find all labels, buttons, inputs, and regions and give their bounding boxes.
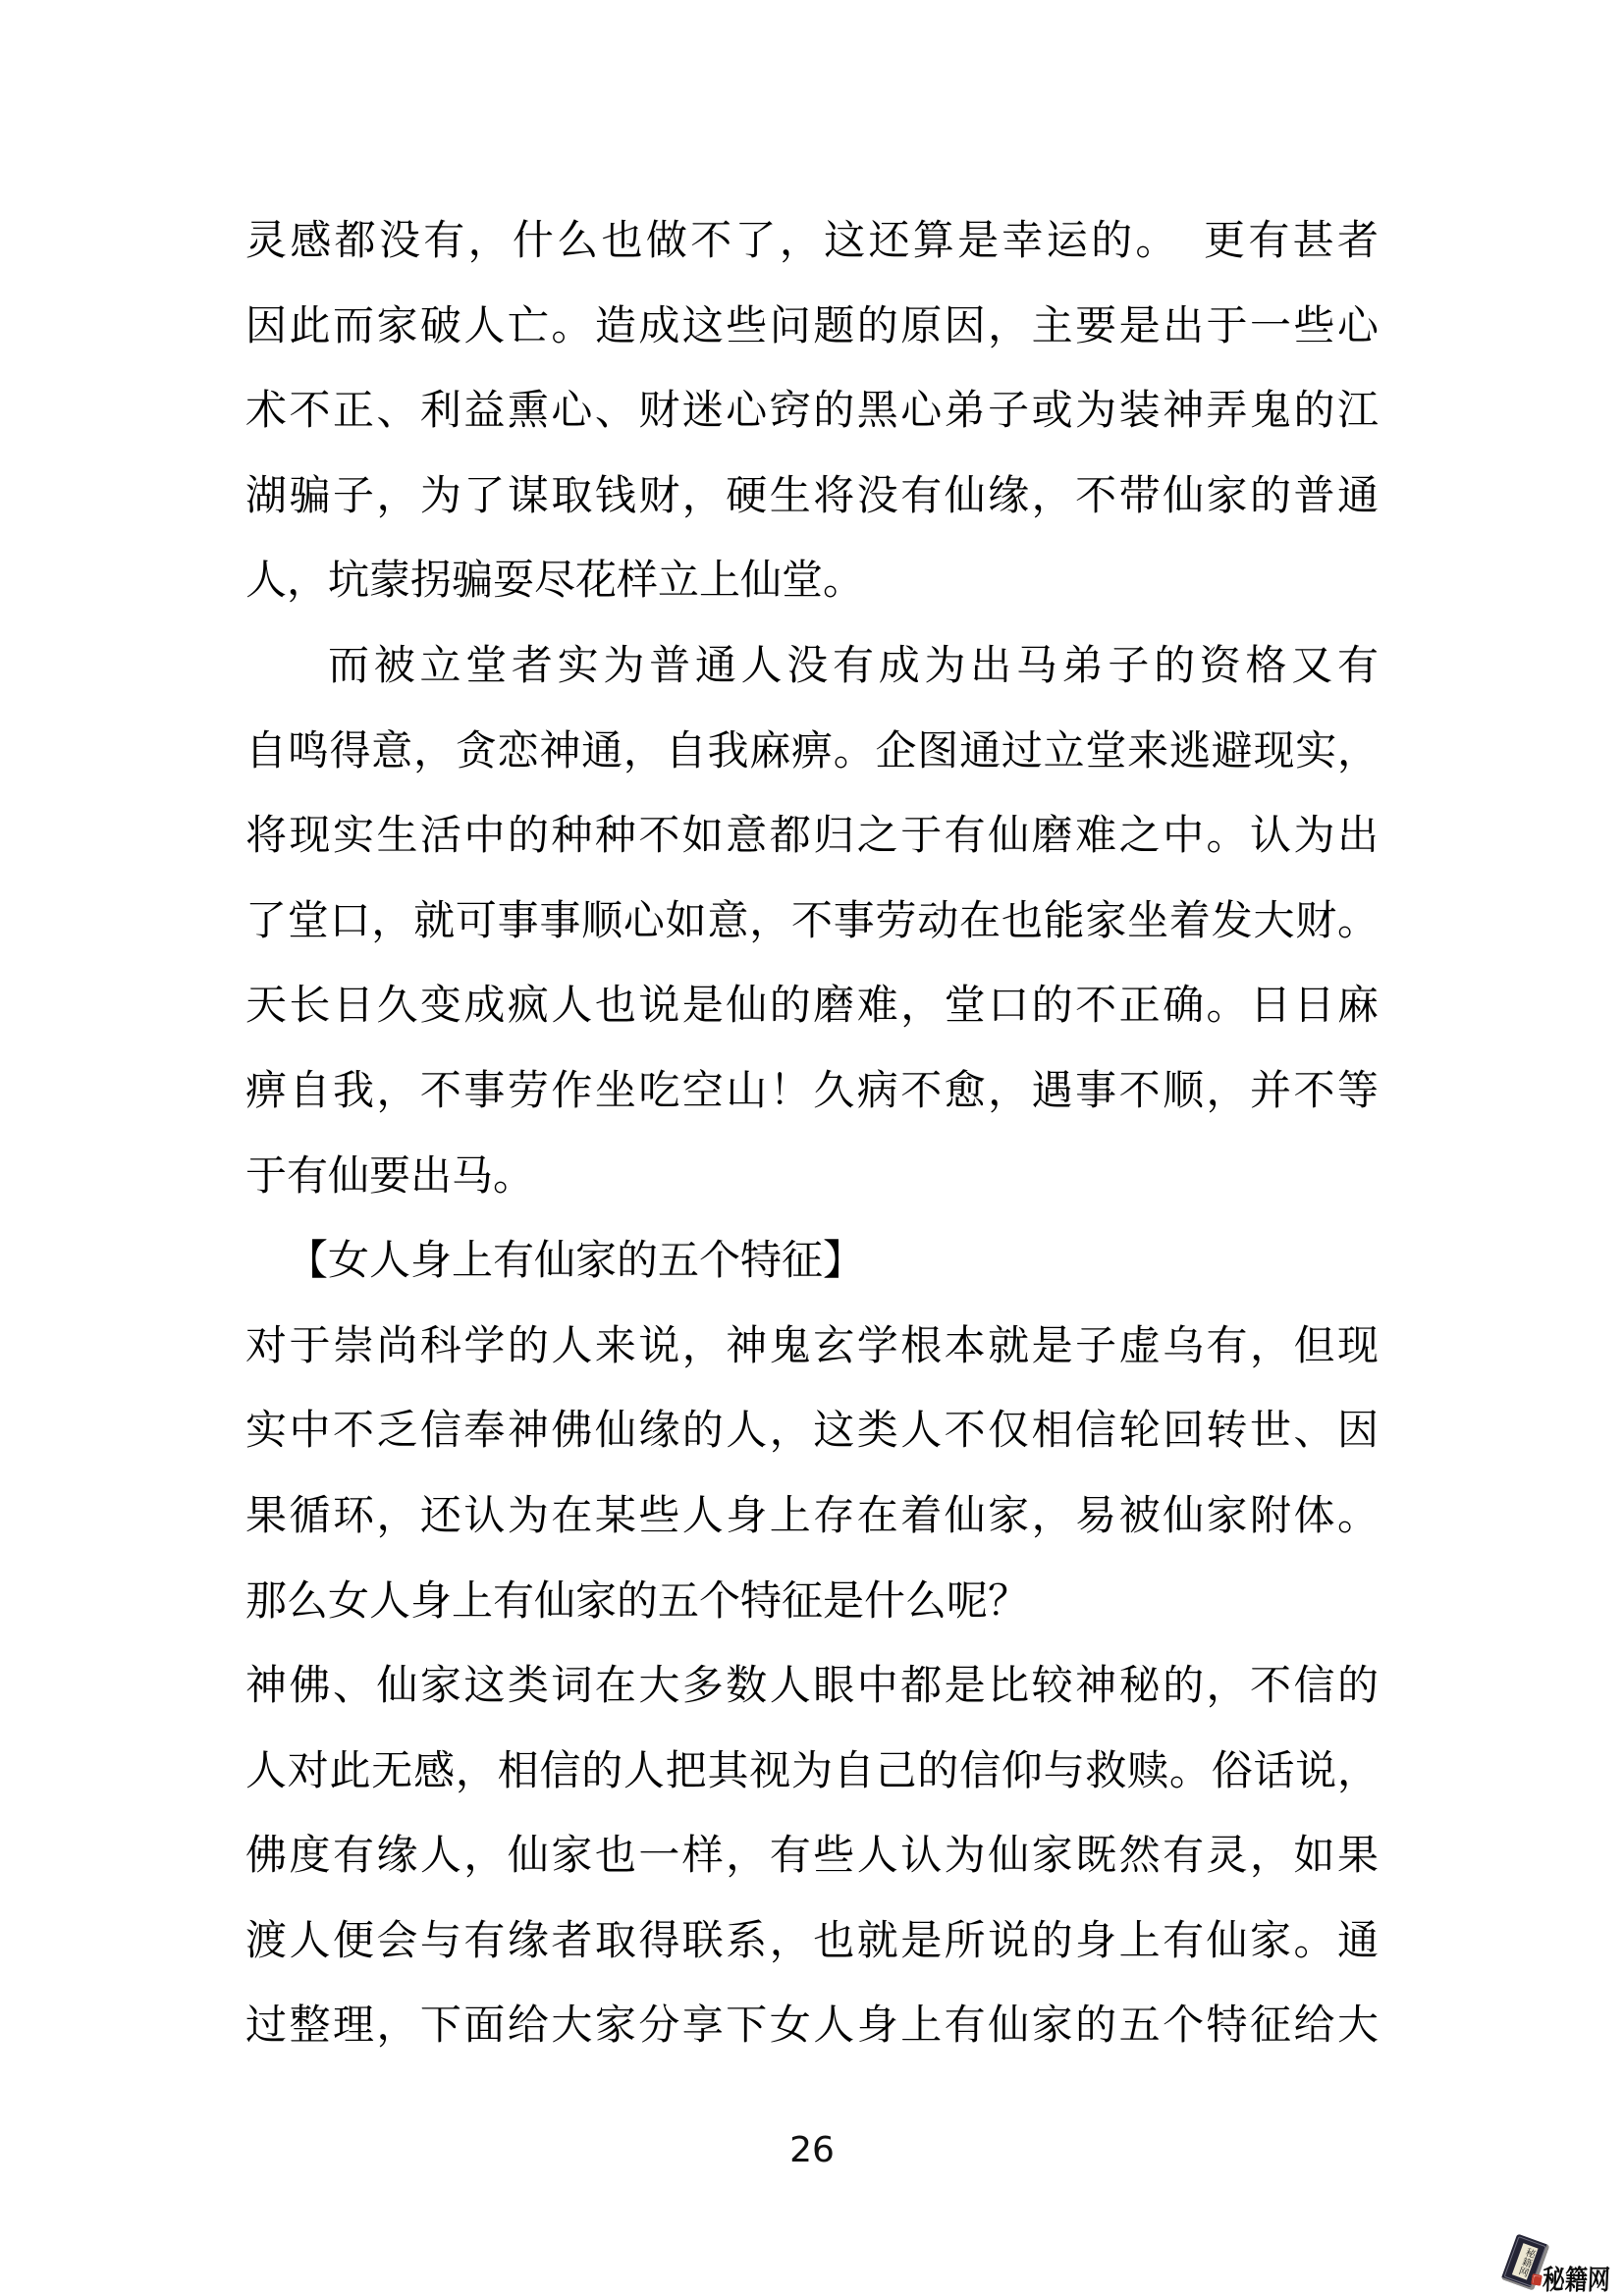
document-page: 灵感都没有，什么也做不了，这还算是幸运的。 更有甚者因此而家破人亡。造成这些问题…: [0, 0, 1624, 2296]
text-line: 湖骗子，为了谋取钱财，硬生将没有仙缘，不带仙家的普通: [245, 454, 1379, 540]
text-line: 灵感都没有，什么也做不了，这还算是幸运的。 更有甚者: [245, 199, 1379, 285]
text-line: 渡人便会与有缘者取得联系，也就是所说的身上有仙家。通: [245, 1899, 1379, 1985]
text-line: 痹自我，不事劳作坐吃空山！久病不愈，遇事不顺，并不等: [245, 1049, 1379, 1135]
seal-icon: [1531, 2273, 1543, 2286]
text-line: 对于崇尚科学的人来说，神鬼玄学根本就是子虚乌有，但现: [245, 1305, 1379, 1390]
text-line: 实中不乏信奉神佛仙缘的人，这类人不仅相信轮回转世、因: [245, 1389, 1379, 1474]
text-line: 果循环，还认为在某些人身上存在着仙家，易被仙家附体。: [245, 1474, 1379, 1560]
text-line: 于有仙要出马。: [245, 1135, 1379, 1220]
text-line: 将现实生活中的种种不如意都归之于有仙磨难之中。认为出: [245, 794, 1379, 880]
text-line: 天长日久变成疯人也说是仙的磨难，堂口的不正确。日日麻: [245, 964, 1379, 1049]
text-line: 人，坑蒙拐骗耍尽花样立上仙堂。: [245, 539, 1379, 624]
text-line: 因此而家破人亡。造成这些问题的原因，主要是出于一些心: [245, 285, 1379, 370]
text-line: 人对此无感，相信的人把其视为自己的信仰与救赎。俗话说，: [245, 1730, 1379, 1815]
text-line: 佛度有缘人，仙家也一样，有些人认为仙家既然有灵，如果: [245, 1814, 1379, 1899]
site-watermark: 秘籍网 秘籍网: [1487, 2225, 1624, 2296]
text-line: 神佛、仙家这类词在大多数人眼中都是比较神秘的，不信的: [245, 1644, 1379, 1730]
text-line: 【女人身上有仙家的五个特征】: [245, 1219, 1379, 1305]
text-line: 术不正、利益熏心、财迷心窍的黑心弟子或为装神弄鬼的江: [245, 369, 1379, 454]
text-line: 了堂口，就可事事顺心如意，不事劳动在也能家坐着发大财。: [245, 880, 1379, 965]
watermark-text: 秘籍网: [1542, 2259, 1611, 2296]
text-line: 那么女人身上有仙家的五个特征是什么呢？: [245, 1560, 1379, 1645]
text-line: 而被立堂者实为普通人没有成为出马弟子的资格又有: [245, 624, 1379, 710]
text-line: 自鸣得意，贪恋神通，自我麻痹。企图通过立堂来逃避现实，: [245, 710, 1379, 795]
text-block: 灵感都没有，什么也做不了，这还算是幸运的。 更有甚者因此而家破人亡。造成这些问题…: [245, 199, 1379, 2069]
text-line: 过整理，下面给大家分享下女人身上有仙家的五个特征给大: [245, 1984, 1379, 2069]
page-number: 26: [0, 2130, 1624, 2170]
